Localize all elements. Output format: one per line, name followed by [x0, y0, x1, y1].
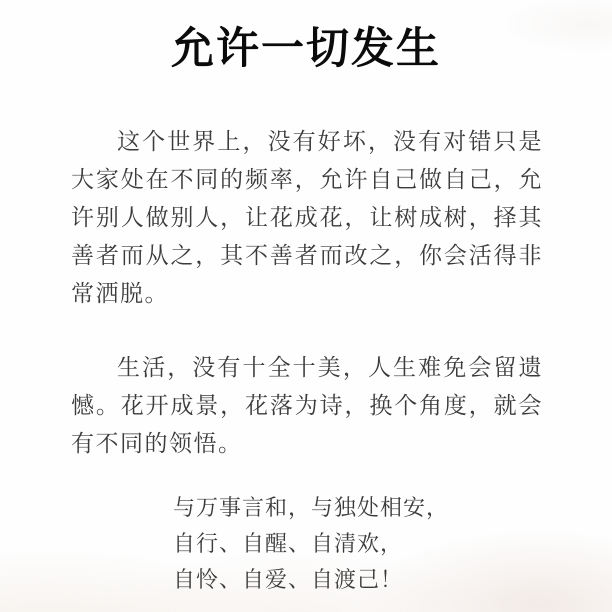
- quote-card: 允许一切发生 这个世界上，没有好坏，没有对错只是大家处在不同的频率，允许自己做自…: [0, 0, 612, 612]
- page-title: 允许一切发生: [0, 0, 612, 72]
- verse-line-3: 自怜、自爱、自渡己！: [173, 562, 612, 598]
- verse-block: 与万事言和，与独处相安， 自行、自醒、自清欢， 自怜、自爱、自渡己！: [173, 490, 612, 598]
- verse-line-1: 与万事言和，与独处相安，: [173, 490, 612, 526]
- paragraph-1: 这个世界上，没有好坏，没有对错只是大家处在不同的频率，允许自己做自己，允许别人做…: [71, 122, 543, 312]
- paragraph-2: 生活，没有十全十美，人生难免会留遗憾。花开成景，花落为诗，换个角度，就会有不同的…: [71, 348, 543, 462]
- verse-line-2: 自行、自醒、自清欢，: [173, 526, 612, 562]
